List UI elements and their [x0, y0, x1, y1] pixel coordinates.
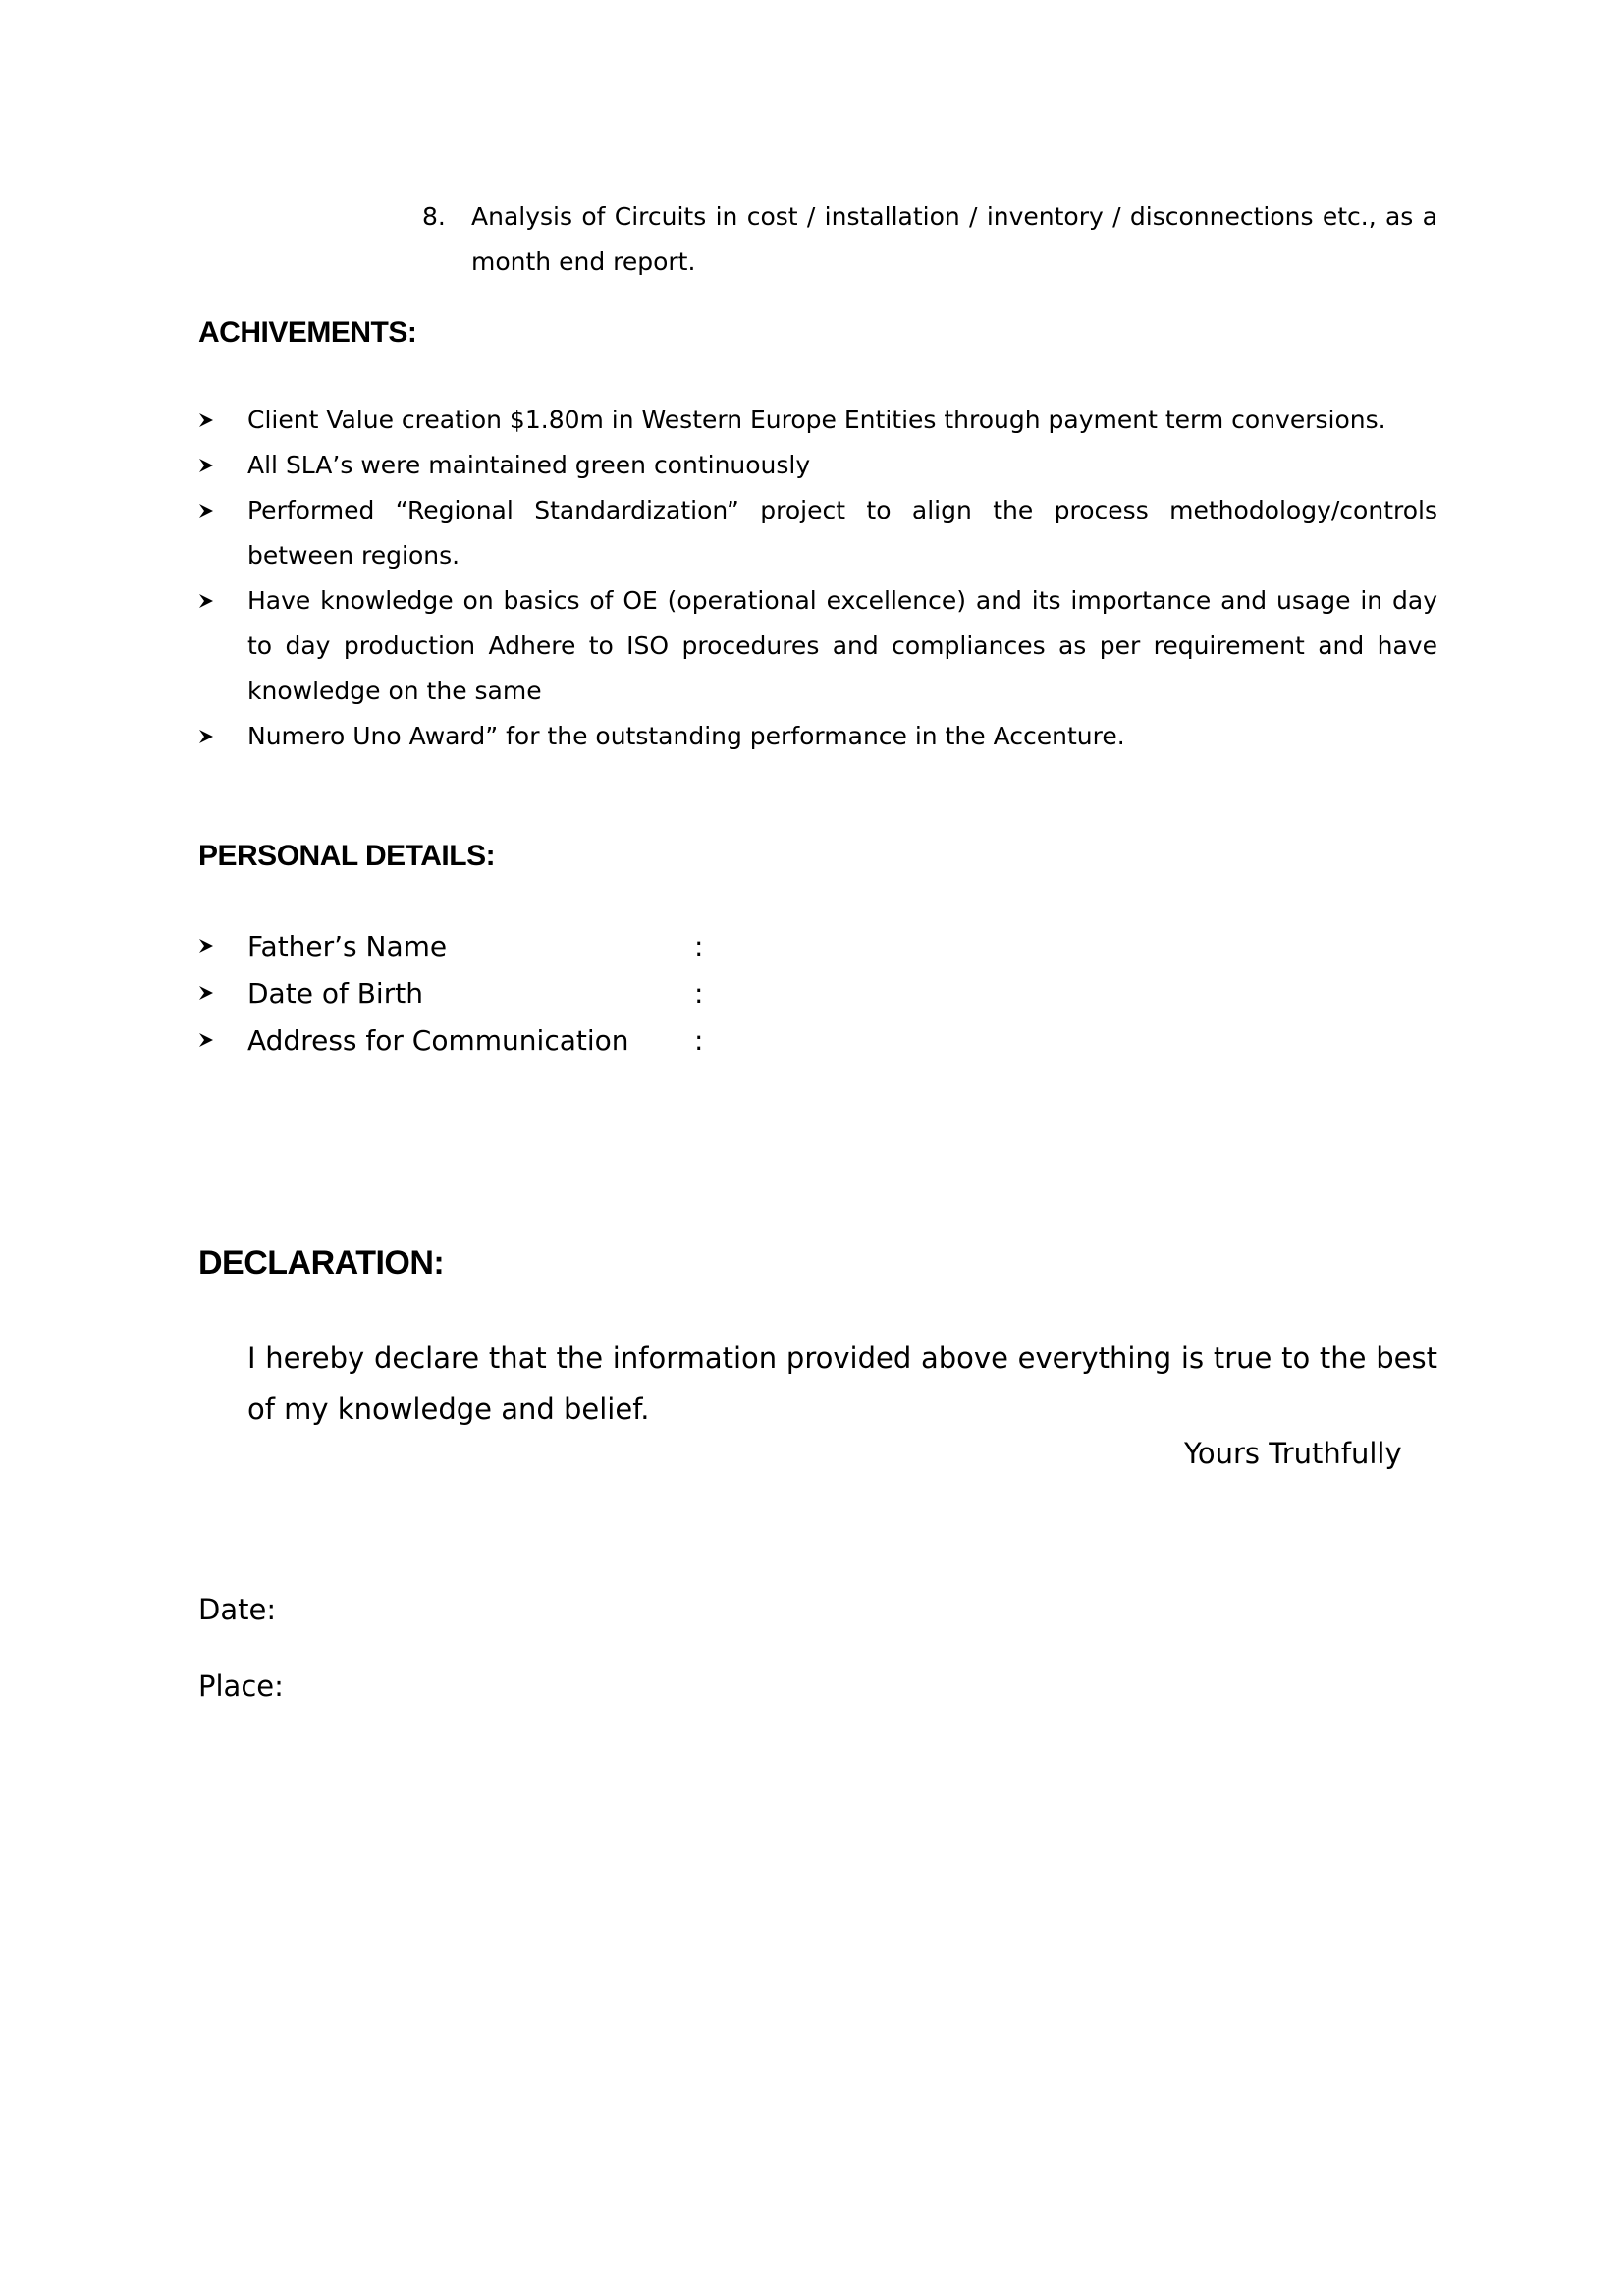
place-label: Place:	[198, 1669, 284, 1703]
date-label: Date:	[198, 1593, 276, 1626]
arrow-bullet-icon	[198, 923, 218, 954]
list-item: Numero Uno Award” for the outstanding pe…	[198, 714, 1437, 759]
detail-label: Father’s Name	[247, 923, 694, 970]
detail-separator: :	[694, 977, 703, 1010]
achievements-heading: ACHIVEMENTS:	[198, 316, 416, 350]
detail-row-address: Address for Communication:	[198, 1017, 1437, 1065]
list-item: Performed “Regional Standardization” pro…	[198, 488, 1437, 578]
arrow-bullet-icon	[198, 1017, 218, 1048]
personal-details-list: Father’s Name: Date of Birth: Address fo…	[198, 923, 1437, 1065]
arrow-bullet-icon	[198, 970, 218, 1001]
list-item: Have knowledge on basics of OE (operatio…	[198, 578, 1437, 714]
declaration-heading: DECLARATION:	[198, 1244, 444, 1283]
arrow-bullet-icon	[198, 714, 218, 744]
achievements-list: Client Value creation $1.80m in Western …	[198, 398, 1437, 759]
detail-separator: :	[694, 930, 703, 962]
detail-label: Date of Birth	[247, 970, 694, 1017]
arrow-bullet-icon	[198, 578, 218, 609]
item-text: Analysis of Circuits in cost / installat…	[471, 194, 1437, 285]
sign-off: Yours Truthfully	[1184, 1437, 1402, 1470]
detail-label: Address for Communication	[247, 1017, 694, 1065]
list-item: All SLA’s were maintained green continuo…	[198, 443, 1437, 488]
personal-details-heading: PERSONAL DETAILS:	[198, 840, 495, 873]
detail-row-fathers-name: Father’s Name:	[198, 923, 1437, 970]
resume-page: 8. Analysis of Circuits in cost / instal…	[0, 0, 1624, 2296]
declaration-text: I hereby declare that the information pr…	[247, 1333, 1437, 1435]
numbered-item-8: 8. Analysis of Circuits in cost / instal…	[422, 194, 1437, 285]
list-item: Client Value creation $1.80m in Western …	[198, 398, 1437, 443]
arrow-bullet-icon	[198, 398, 218, 428]
detail-row-date-of-birth: Date of Birth:	[198, 970, 1437, 1017]
arrow-bullet-icon	[198, 443, 218, 473]
detail-separator: :	[694, 1024, 703, 1057]
item-number: 8.	[422, 194, 446, 240]
arrow-bullet-icon	[198, 488, 218, 519]
